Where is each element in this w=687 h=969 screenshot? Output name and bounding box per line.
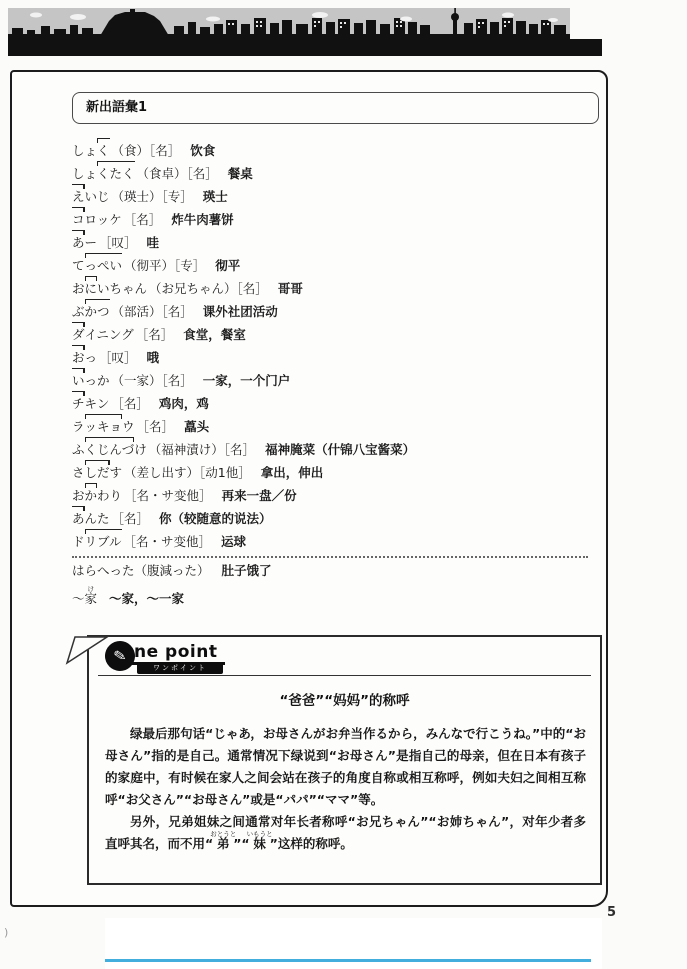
vocab-kanji-pos: ［名・サ变他］: [124, 534, 212, 549]
vocab-kanji-pos: ［叹］: [99, 235, 137, 250]
page-fold-corner-icon: [65, 635, 109, 665]
vocab-entry: いっか（一家）［名］一家，一个门户: [72, 368, 597, 391]
vocab-entry: ふくじんづけ（福神漬け）［名］福神腌菜（什锦八宝酱菜）: [72, 437, 597, 460]
vocab-meaning: 藠头: [184, 419, 209, 434]
vocab-entry: ドリブル［名・サ变他］运球: [72, 529, 597, 552]
vocab-entry: てっぺい（彻平）［专］彻平: [72, 253, 597, 276]
vocab-meaning: 拿出，伸出: [261, 465, 324, 480]
vocab-entry: おかわり［名・サ变他］再来一盘／份: [72, 483, 597, 506]
vocab-meaning: 食堂，餐室: [183, 327, 246, 342]
vocab-meaning: 鸡肉，鸡: [159, 396, 209, 411]
next-page-accent-line: [105, 959, 591, 962]
vocab-meaning: 你（较随意的说法）: [159, 511, 272, 526]
vocab-entry: おにいちゃん（お兄ちゃん）［名］哥哥: [72, 276, 597, 299]
vocab-meaning: 瑛士: [203, 189, 228, 204]
vocab-meaning: 再来一盘／份: [222, 488, 297, 503]
expression-line: はらへった（腹減った）肚子饿了: [72, 560, 272, 582]
vocab-entry: あんた［名］你（较随意的说法）: [72, 506, 597, 529]
dotted-separator: [72, 556, 588, 558]
one-point-logo-subtitle: ワンポイント: [137, 663, 223, 674]
vocab-list: しょく（食）［名］饮食しょくたく（食卓）［名］餐桌えいじ（瑛士）［专］瑛士コロッ…: [72, 138, 597, 552]
vocab-kanji-pos: （一家）［名］: [112, 373, 193, 388]
vocab-kanji-pos: ［名・サ变他］: [124, 488, 212, 503]
page-number: 5: [607, 905, 616, 920]
vocab-word: ふくじんづけ: [72, 442, 147, 457]
vocab-meaning: 福神腌菜（什锦八宝酱菜）: [265, 442, 415, 457]
vocab-section-title: 新出語彙1: [72, 92, 599, 124]
suffix-kanji-ruby: 家け: [85, 591, 98, 606]
vocab-kanji-pos: ［名］: [111, 396, 149, 411]
vocab-entry: ダイニング［名］食堂，餐室: [72, 322, 597, 345]
suffix-word: ～家け: [72, 591, 97, 606]
vocab-word: えいじ: [72, 189, 110, 204]
one-point-logo-text: ne point: [132, 642, 225, 665]
note-paragraph-2: 另外，兄弟姐妹之间通常对年长者称呼“お兄ちゃん”“お姉ちゃん”，对年少者多直呼其…: [105, 811, 586, 855]
suffix-meaning: ～家，～一家: [109, 591, 184, 606]
vocab-kanji-pos: （差し出す）［动1他］: [124, 465, 251, 480]
vocab-kanji-pos: ［名］: [112, 511, 150, 526]
scan-artifact: ): [4, 926, 8, 939]
vocab-entry: コロッケ［名］炸牛肉薯饼: [72, 207, 597, 230]
vocab-kanji-pos: （彻平）［专］: [124, 258, 205, 273]
vocab-word: ぶかつ: [72, 304, 110, 319]
vocab-word: チキン: [72, 396, 109, 411]
vocab-word: ラッキョウ: [72, 419, 135, 434]
vocab-word: あんた: [72, 511, 110, 526]
vocab-entry: チキン［名］鸡肉，鸡: [72, 391, 597, 414]
vocab-kanji-pos: ［名］: [137, 419, 175, 434]
vocab-word: いっか: [72, 373, 110, 388]
vocab-word: ダイニング: [72, 327, 134, 342]
vocab-word: おかわり: [72, 488, 122, 503]
vocab-entry: あー［叹］哇: [72, 230, 597, 253]
vocab-meaning: 饮食: [190, 143, 215, 158]
suffix-line: ～家け～家，～一家: [72, 585, 184, 607]
vocab-word: しょく: [72, 143, 110, 158]
vocab-kanji-pos: （食卓）［名］: [137, 166, 218, 181]
vocab-meaning: 课外社团活动: [203, 304, 278, 319]
vocab-word: あー: [72, 235, 97, 250]
vocab-word: ドリブル: [72, 534, 122, 549]
vocab-meaning: 餐桌: [228, 166, 253, 181]
skyline-banner: [8, 8, 602, 56]
vocab-word: しょくたく: [72, 166, 135, 181]
vocab-meaning: 彻平: [215, 258, 240, 273]
textbook-page: 新出語彙1 しょく（食）［名］饮食しょくたく（食卓）［名］餐桌えいじ（瑛士）［专…: [10, 70, 608, 907]
vocab-word: さしだす: [72, 465, 122, 480]
vocab-meaning: 哦: [147, 350, 160, 365]
note-body: 绿最后那句话“じゃあ，お母さんがお弁当作るから，みんなで行こうね。”中的“お母さ…: [105, 723, 586, 855]
vocab-entry: しょく（食）［名］饮食: [72, 138, 597, 161]
vocab-word: おにいちゃん: [72, 281, 147, 296]
logo-divider: [98, 675, 591, 676]
vocab-word: おっ: [72, 350, 97, 365]
one-point-box: ✎ ne point ワンポイント “爸爸”“妈妈”的称呼 绿最后那句话“じゃあ…: [87, 635, 602, 885]
vocab-kanji-pos: ［叹］: [99, 350, 137, 365]
expression-meaning: 肚子饿了: [222, 563, 272, 578]
vocab-kanji-pos: （部活）［名］: [112, 304, 193, 319]
vocab-entry: しょくたく（食卓）［名］餐桌: [72, 161, 597, 184]
vocab-entry: ラッキョウ［名］藠头: [72, 414, 597, 437]
vocab-entry: ぶかつ（部活）［名］课外社团活动: [72, 299, 597, 322]
vocab-kanji-pos: （食）［名］: [112, 143, 181, 158]
expression-word: はらへった（腹減った）: [72, 563, 210, 578]
vocab-meaning: 哇: [147, 235, 160, 250]
vocab-kanji-pos: ［名］: [136, 327, 174, 342]
vocab-word: コロッケ: [72, 212, 122, 227]
note-title: “爸爸”“妈妈”的称呼: [89, 689, 600, 709]
vocab-meaning: 炸牛肉薯饼: [171, 212, 234, 227]
note-paragraph-1: 绿最后那句话“じゃあ，お母さんがお弁当作るから，みんなで行こうね。”中的“お母さ…: [105, 723, 586, 811]
vocab-meaning: 哥哥: [278, 281, 303, 296]
vocab-meaning: 运球: [221, 534, 246, 549]
vocab-kanji-pos: （瑛士）［专］: [112, 189, 193, 204]
vocab-kanji-pos: ［名］: [124, 212, 162, 227]
vocab-entry: さしだす（差し出す）［动1他］拿出，伸出: [72, 460, 597, 483]
vocab-entry: おっ［叹］哦: [72, 345, 597, 368]
vocab-kanji-pos: （お兄ちゃん）［名］: [149, 281, 268, 296]
vocab-kanji-pos: （福神漬け）［名］: [149, 442, 255, 457]
vocab-meaning: 一家，一个门户: [203, 373, 291, 388]
vocab-entry: えいじ（瑛士）［专］瑛士: [72, 184, 597, 207]
vocab-word: てっぺい: [72, 258, 122, 273]
